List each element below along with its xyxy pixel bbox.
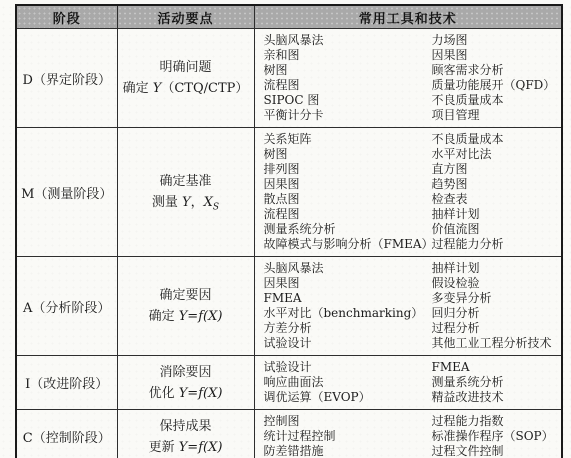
tools-columns: 试验设计响应曲面法调优运算（EVOP） FMEA测量系统分析精益改进技术	[255, 356, 562, 409]
tool-item: 排列图	[264, 162, 432, 177]
activity-cell: 消除要因优化 Y=f(X)	[117, 356, 254, 410]
activity-line: 确定 Y=f(X)	[118, 306, 254, 327]
phase-row: I（改进阶段） 消除要因优化 Y=f(X) 试验设计响应曲面法调优运算（EVOP…	[16, 356, 562, 410]
tools-cell: 试验设计响应曲面法调优运算（EVOP） FMEA测量系统分析精益改进技术	[254, 356, 562, 410]
header-activity: 活动要点	[117, 5, 254, 29]
activity-cell: 确定要因确定 Y=f(X)	[117, 257, 254, 356]
tool-item: 抽样计划	[432, 207, 562, 222]
tool-item: 过程能力指数	[432, 414, 562, 429]
tool-item: 多变异分析	[432, 291, 562, 306]
header-phase: 阶段	[16, 5, 117, 29]
tool-item: 因果图	[264, 276, 432, 291]
phase-row: C（控制阶段） 保持成果更新 Y=f(X) 控制图统计过程控制防差错措施 过程能…	[16, 410, 562, 458]
tools-columns: 头脑风暴法亲和图树图流程图SIPOC 图平衡计分卡 力场图因果图顾客需求分析质量…	[255, 29, 562, 127]
activity-line: 优化 Y=f(X)	[118, 383, 254, 404]
tool-item: FMEA	[432, 360, 562, 375]
tool-item: 响应曲面法	[264, 375, 432, 390]
activity-line: 确定基准	[118, 171, 254, 192]
tool-item: 水平对比法	[432, 147, 562, 162]
tools-columns: 头脑风暴法因果图FMEA水平对比（benchmarking）方差分析试验设计 抽…	[255, 257, 562, 355]
tool-item: 平衡计分卡	[264, 108, 432, 123]
tool-item: 项目管理	[432, 108, 562, 123]
tools-left-list: 头脑风暴法亲和图树图流程图SIPOC 图平衡计分卡	[264, 33, 432, 123]
header-row: 阶段 活动要点 常用工具和技术	[16, 5, 562, 29]
activity-line: 明确问题	[118, 57, 254, 78]
tool-item: 树图	[264, 63, 432, 78]
tool-item: 精益改进技术	[432, 390, 562, 405]
tool-item: 不良质量成本	[432, 132, 562, 147]
tools-right-list: 过程能力指数标准操作程序（SOP）过程文件控制	[432, 414, 562, 458]
tool-item: 关系矩阵	[264, 132, 432, 147]
tool-item: 价值流图	[432, 222, 562, 237]
tool-item: 标准操作程序（SOP）	[432, 429, 562, 444]
tool-item: 其他工业工程分析技术	[432, 336, 562, 351]
tools-left-list: 头脑风暴法因果图FMEA水平对比（benchmarking）方差分析试验设计	[264, 261, 432, 351]
scanned-page: 阶段 活动要点 常用工具和技术 D（界定阶段） 明确问题确定 Y（CTQ/CTP…	[0, 4, 571, 458]
tools-left-list: 关系矩阵树图排列图因果图散点图流程图测量系统分析故障模式与影响分析（FMEA）	[264, 132, 432, 252]
tool-item: 调优运算（EVOP）	[264, 390, 432, 405]
tool-item: 控制图	[264, 414, 432, 429]
tools-cell: 头脑风暴法因果图FMEA水平对比（benchmarking）方差分析试验设计 抽…	[254, 257, 562, 356]
tools-cell: 关系矩阵树图排列图因果图散点图流程图测量系统分析故障模式与影响分析（FMEA） …	[254, 128, 562, 257]
tools-columns: 控制图统计过程控制防差错措施 过程能力指数标准操作程序（SOP）过程文件控制	[255, 410, 562, 458]
tool-item: 因果图	[432, 48, 562, 63]
dmaic-tools-table: 阶段 活动要点 常用工具和技术 D（界定阶段） 明确问题确定 Y（CTQ/CTP…	[15, 4, 563, 458]
tool-item: 不良质量成本	[432, 93, 562, 108]
tool-item: 顾客需求分析	[432, 63, 562, 78]
phase-row: M（测量阶段） 确定基准测量 Y，XS 关系矩阵树图排列图因果图散点图流程图测量…	[16, 128, 562, 257]
tool-item: 抽样计划	[432, 261, 562, 276]
tool-item: 假设检验	[432, 276, 562, 291]
tool-item: 亲和图	[264, 48, 432, 63]
tool-item: 方差分析	[264, 321, 432, 336]
tool-item: 防差错措施	[264, 444, 432, 458]
tool-item: SIPOC 图	[264, 93, 432, 108]
phase-cell: A（分析阶段）	[16, 257, 117, 356]
tool-item: 过程文件控制	[432, 444, 562, 458]
tools-right-list: 不良质量成本水平对比法直方图趋势图检查表抽样计划价值流图过程能力分析	[432, 132, 562, 252]
tool-item: 质量功能展开（QFD）	[432, 78, 562, 93]
tool-item: 流程图	[264, 207, 432, 222]
tool-item: 趋势图	[432, 177, 562, 192]
tools-cell: 控制图统计过程控制防差错措施 过程能力指数标准操作程序（SOP）过程文件控制	[254, 410, 562, 458]
tool-item: 头脑风暴法	[264, 33, 432, 48]
tool-item: 统计过程控制	[264, 429, 432, 444]
tools-left-list: 试验设计响应曲面法调优运算（EVOP）	[264, 360, 432, 405]
activity-line: 确定要因	[118, 285, 254, 306]
activity-cell: 明确问题确定 Y（CTQ/CTP）	[117, 29, 254, 128]
tool-item: 测量系统分析	[432, 375, 562, 390]
header-tools: 常用工具和技术	[254, 5, 562, 29]
tools-right-list: FMEA测量系统分析精益改进技术	[432, 360, 562, 405]
activity-line: 测量 Y，XS	[118, 192, 254, 213]
phase-row: A（分析阶段） 确定要因确定 Y=f(X) 头脑风暴法因果图FMEA水平对比（b…	[16, 257, 562, 356]
tools-left-list: 控制图统计过程控制防差错措施	[264, 414, 432, 458]
activity-cell: 保持成果更新 Y=f(X)	[117, 410, 254, 458]
activity-cell: 确定基准测量 Y，XS	[117, 128, 254, 257]
tool-item: 树图	[264, 147, 432, 162]
tool-item: FMEA	[264, 291, 432, 306]
activity-line: 确定 Y（CTQ/CTP）	[118, 78, 254, 99]
activity-line: 保持成果	[118, 416, 254, 437]
phase-cell: D（界定阶段）	[16, 29, 117, 128]
tool-item: 回归分析	[432, 306, 562, 321]
phase-cell: I（改进阶段）	[16, 356, 117, 410]
phase-row: D（界定阶段） 明确问题确定 Y（CTQ/CTP） 头脑风暴法亲和图树图流程图S…	[16, 29, 562, 128]
tool-item: 流程图	[264, 78, 432, 93]
tools-right-list: 抽样计划假设检验多变异分析回归分析过程分析其他工业工程分析技术	[432, 261, 562, 351]
phase-cell: C（控制阶段）	[16, 410, 117, 458]
tools-right-list: 力场图因果图顾客需求分析质量功能展开（QFD）不良质量成本项目管理	[432, 33, 562, 123]
activity-line: 消除要因	[118, 362, 254, 383]
tool-item: 因果图	[264, 177, 432, 192]
tool-item: 水平对比（benchmarking）	[264, 306, 432, 321]
tool-item: 直方图	[432, 162, 562, 177]
tool-item: 过程分析	[432, 321, 562, 336]
tools-cell: 头脑风暴法亲和图树图流程图SIPOC 图平衡计分卡 力场图因果图顾客需求分析质量…	[254, 29, 562, 128]
tool-item: 测量系统分析	[264, 222, 432, 237]
tool-item: 过程能力分析	[432, 237, 562, 252]
activity-line: 更新 Y=f(X)	[118, 437, 254, 458]
tools-columns: 关系矩阵树图排列图因果图散点图流程图测量系统分析故障模式与影响分析（FMEA） …	[255, 128, 562, 256]
tool-item: 散点图	[264, 192, 432, 207]
tool-item: 试验设计	[264, 336, 432, 351]
phase-cell: M（测量阶段）	[16, 128, 117, 257]
tool-item: 故障模式与影响分析（FMEA）	[264, 237, 432, 252]
tool-item: 检查表	[432, 192, 562, 207]
tool-item: 头脑风暴法	[264, 261, 432, 276]
tool-item: 试验设计	[264, 360, 432, 375]
tool-item: 力场图	[432, 33, 562, 48]
